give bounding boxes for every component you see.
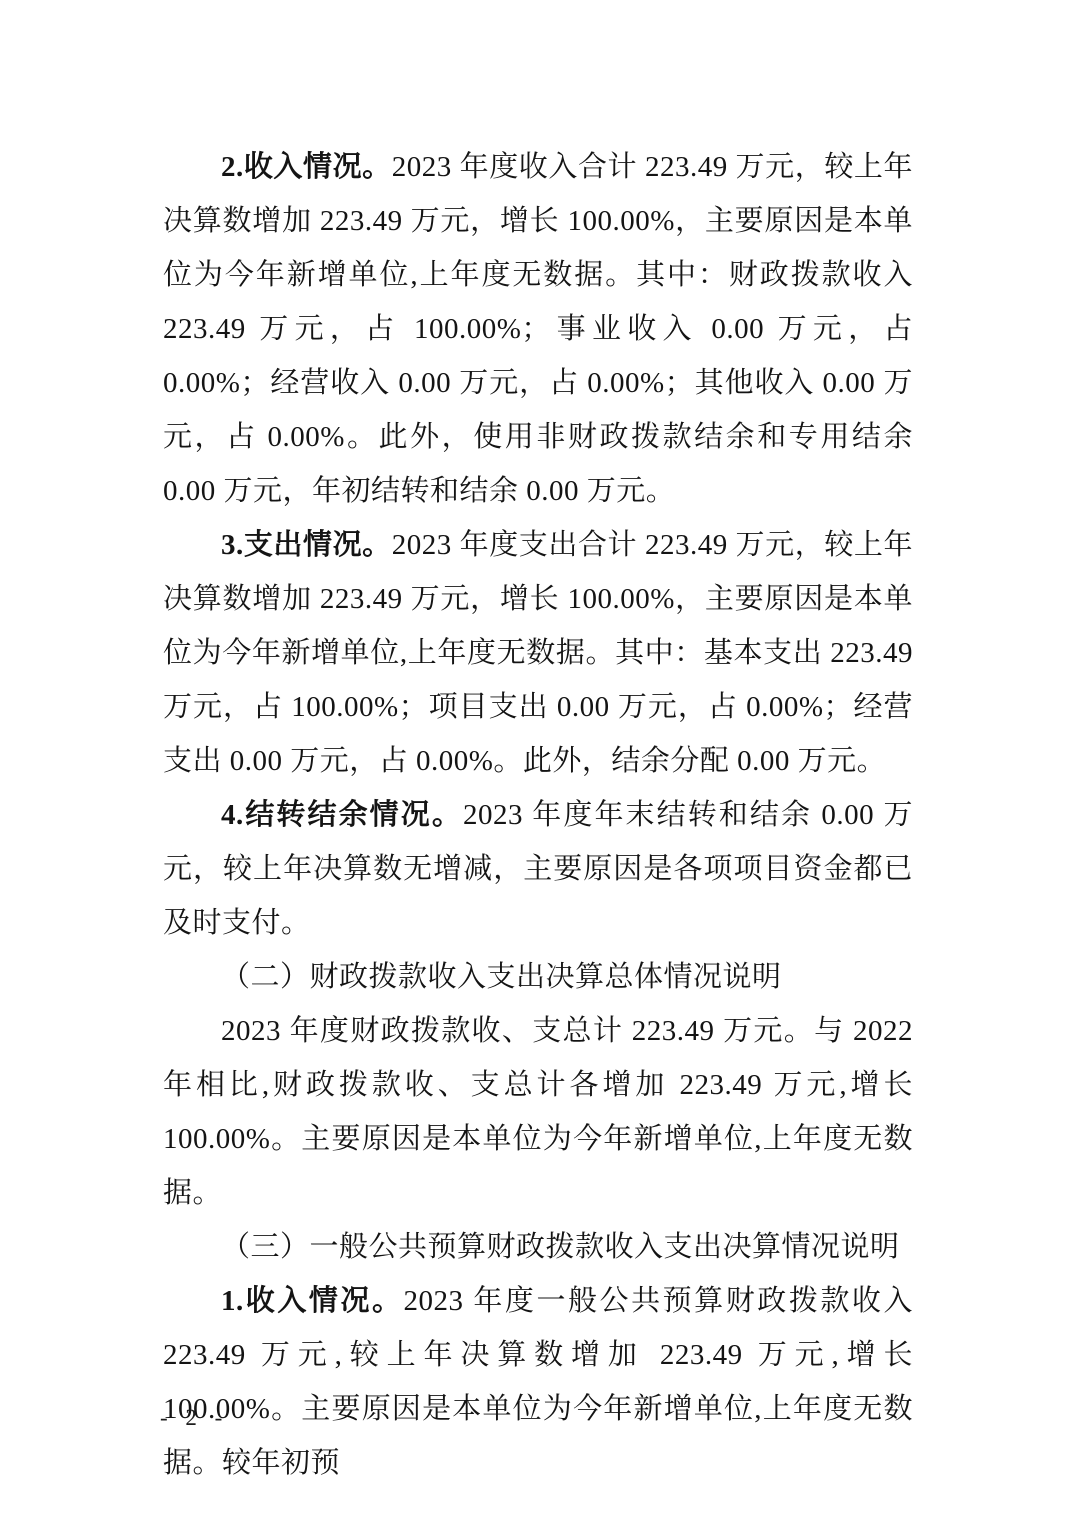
section-heading-2: （二）财政拨款收入支出决算总体情况说明	[163, 950, 913, 1004]
document-body: 2.收入情况。2023 年度收入合计 223.49 万元，较上年决算数增加 22…	[163, 140, 913, 1490]
expenditure-summary-lead: 3.支出情况。	[221, 529, 392, 561]
fiscal-appropriation-total-text: 2023 年度财政拨款收、支总计 223.49 万元。与 2022 年相比,财政…	[163, 1015, 913, 1209]
paragraph-income-summary: 2.收入情况。2023 年度收入合计 223.49 万元，较上年决算数增加 22…	[163, 140, 913, 518]
carryover-summary-lead: 4.结转结余情况。	[221, 799, 463, 831]
paragraph-expenditure-summary: 3.支出情况。2023 年度支出合计 223.49 万元，较上年决算数增加 22…	[163, 518, 913, 788]
section-heading-3: （三）一般公共预算财政拨款收入支出决算情况说明	[163, 1220, 913, 1274]
expenditure-summary-text: 2023 年度支出合计 223.49 万元，较上年决算数增加 223.49 万元…	[163, 529, 913, 777]
paragraph-fiscal-appropriation-total: 2023 年度财政拨款收、支总计 223.49 万元。与 2022 年相比,财政…	[163, 1004, 913, 1220]
page-number: - 2 -	[160, 1400, 228, 1436]
document-page: 2.收入情况。2023 年度收入合计 223.49 万元，较上年决算数增加 22…	[0, 0, 1075, 1520]
income-summary-text: 2023 年度收入合计 223.49 万元，较上年决算数增加 223.49 万元…	[163, 151, 913, 507]
general-budget-income-lead: 1.收入情况。	[221, 1285, 404, 1317]
income-summary-lead: 2.收入情况。	[221, 151, 392, 183]
paragraph-carryover-summary: 4.结转结余情况。2023 年度年末结转和结余 0.00 万元，较上年决算数无增…	[163, 788, 913, 950]
paragraph-general-budget-income: 1.收入情况。2023 年度一般公共预算财政拨款收入 223.49 万元,较上年…	[163, 1274, 913, 1490]
